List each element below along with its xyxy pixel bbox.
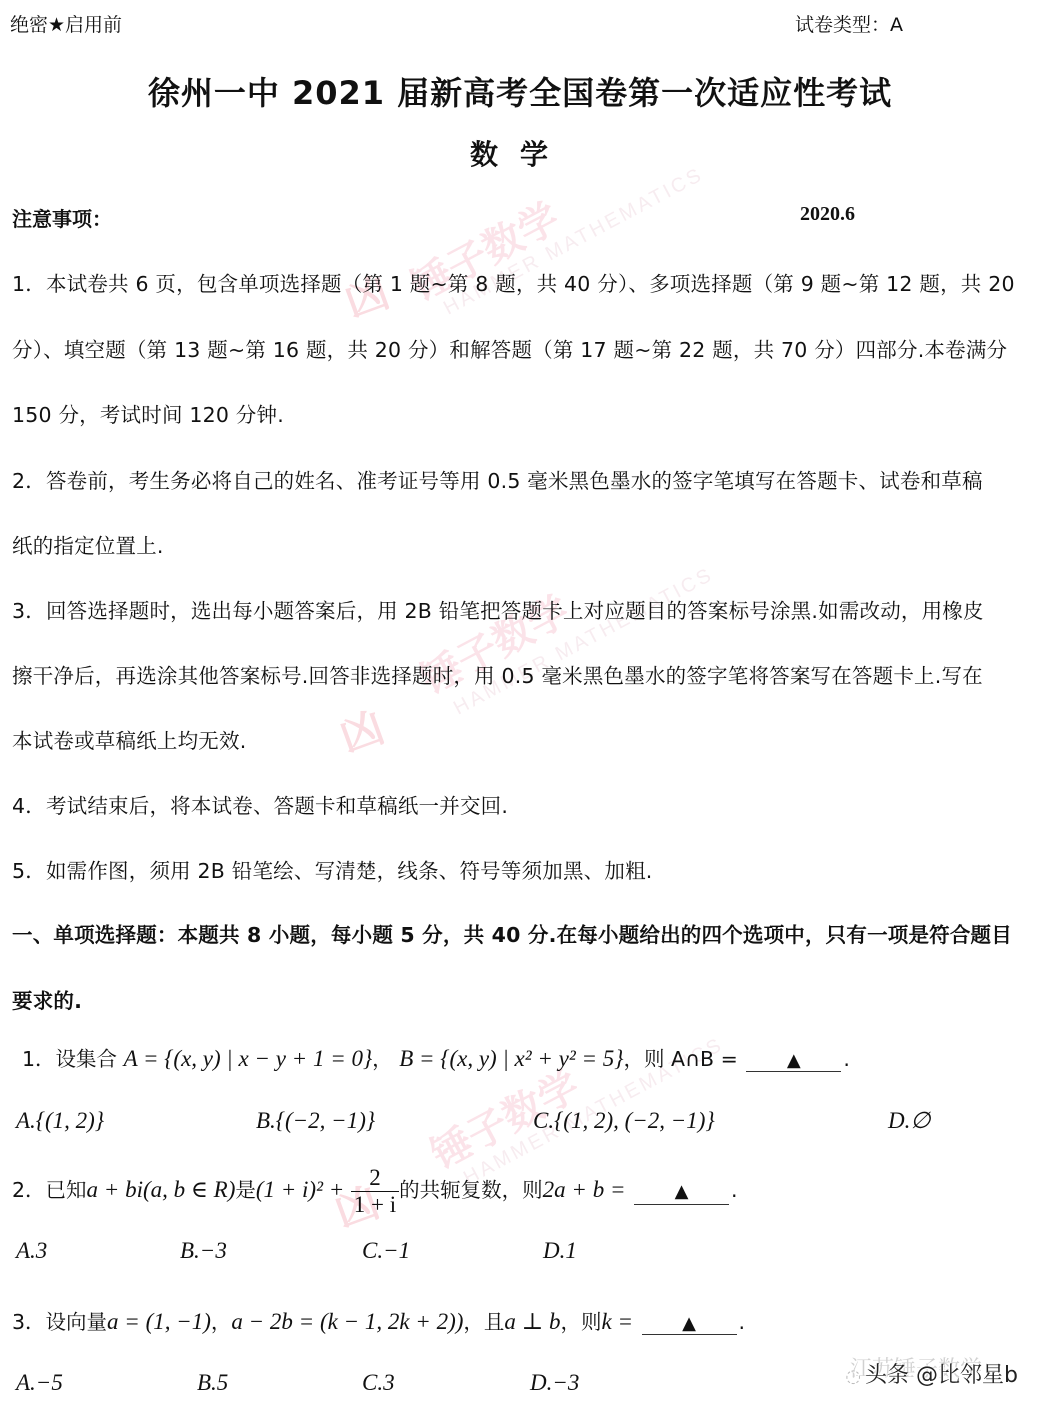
confidential-label: 绝密★启用前 [10,10,122,37]
notice-line-7: 擦干净后，再选涂其他答案标号.回答非选择题时，用 0.5 毫米黑色墨水的签字笔将… [12,659,983,689]
notice-heading: 注意事项： [12,203,112,232]
footer-attribution-text: 头条 @比邻星b [865,1363,1018,1388]
wechat-icon: ◌ [845,1366,861,1387]
question-1-option-a[interactable]: A.{(1, 2)} [16,1108,104,1134]
question-1-option-c[interactable]: C.{(1, 2), (−2, −1)} [533,1108,715,1134]
question-2-mid: 是 [235,1178,256,1202]
question-1-end: . [843,1047,850,1071]
question-1-set-b: B = {(x, y) | x² + y² = 5} [399,1046,623,1071]
question-3-option-c[interactable]: C.3 [362,1370,395,1396]
question-2-expr-target: 2a + b = [543,1177,626,1202]
question-3-prefix: 设向量 [46,1310,108,1334]
question-2-suffix: 的共轭复数，则 [399,1178,543,1202]
notice-line-10: 5．如需作图，须用 2B 铅笔绘、写清楚，线条、符号等须加黑、加粗. [12,854,653,884]
question-2-fraction: 21 + i [351,1165,399,1217]
question-2-option-c[interactable]: C.−1 [362,1238,410,1264]
question-1-suffix: ，则 A∩B = [623,1047,737,1071]
question-3: 3．设向量a = (1, −1)，a − 2b = (k − 1, 2k + 2… [12,1305,745,1335]
exam-title: 徐州一中 2021 届新高考全国卷第一次适应性考试 [0,68,1040,114]
question-2-option-a[interactable]: A.3 [16,1238,47,1264]
question-1-prefix: 设集合 [56,1047,118,1071]
notice-line-2: 分）、填空题（第 13 题~第 16 题，共 20 分）和解答题（第 17 题~… [12,333,1007,363]
question-1-option-d[interactable]: D.∅ [888,1108,930,1134]
question-1-sep: ， [372,1047,393,1071]
section-heading-line-2: 要求的. [12,984,82,1014]
notice-line-3: 150 分，考试时间 120 分钟. [12,398,284,428]
notice-line-8: 本试卷或草稿纸上均无效. [12,724,246,754]
paper-type-label: 试卷类型：A [795,10,903,37]
question-3-sep: ， [211,1310,232,1334]
exam-date: 2020.6 [800,203,855,226]
footer-attribution: ◌头条 @比邻星b [845,1358,1018,1389]
question-3-vector-diff: a − 2b = (k − 1, 2k + 2)) [231,1309,463,1334]
question-2: 2．已知a + bi(a, b ∈ R)是(1 + i)² + 21 + i的共… [12,1164,738,1217]
question-3-end: . [739,1310,746,1334]
question-2-expr-complex: a + bi(a, b ∈ R) [87,1177,236,1202]
fraction-numerator: 2 [351,1165,399,1191]
notice-line-5: 纸的指定位置上. [12,529,164,559]
question-3-mid: ，且 [463,1310,504,1334]
question-3-suffix: ，则 [561,1310,602,1334]
question-3-vector-a: a = (1, −1) [107,1309,211,1334]
question-2-answer-blank[interactable]: ▲ [634,1180,729,1205]
question-1: 1．设集合 A = {(x, y) | x − y + 1 = 0}， B = … [22,1042,850,1072]
question-3-perpendicular: a ⊥ b [504,1309,560,1334]
question-2-option-d[interactable]: D.1 [543,1238,577,1264]
notice-line-9: 4．考试结束后，将本试卷、答题卡和草稿纸一并交回. [12,789,508,819]
question-1-option-b[interactable]: B.{(−2, −1)} [256,1108,375,1134]
fraction-denominator: 1 + i [351,1192,399,1217]
notice-line-6: 3．回答选择题时，选出每小题答案后，用 2B 铅笔把答题卡上对应题目的答案标号涂… [12,594,984,624]
subject-title: 数学 [0,133,1040,173]
question-2-expr-square: (1 + i)² + [256,1177,344,1202]
watermark-logo-2: 凶 [331,695,391,766]
question-1-number: 1． [22,1047,56,1071]
question-2-end: . [731,1178,738,1202]
question-3-answer-blank[interactable]: ▲ [642,1313,737,1335]
question-3-expr-k: k = [602,1309,633,1334]
question-1-answer-blank[interactable]: ▲ [746,1050,841,1072]
question-2-prefix: 已知 [46,1178,87,1202]
question-1-set-a: A = {(x, y) | x − y + 1 = 0} [124,1046,373,1071]
question-3-number: 3． [12,1310,46,1334]
question-2-option-b[interactable]: B.−3 [180,1238,227,1264]
question-3-option-d[interactable]: D.−3 [530,1370,579,1396]
notice-line-1: 1．本试卷共 6 页，包含单项选择题（第 1 题~第 8 题，共 40 分）、多… [12,267,1032,297]
question-3-option-a[interactable]: A.−5 [16,1370,63,1396]
question-3-option-b[interactable]: B.5 [197,1370,228,1396]
question-2-number: 2． [12,1178,46,1202]
notice-line-4: 2．答卷前，考生务必将自己的姓名、准考证号等用 0.5 毫米黑色墨水的签字笔填写… [12,464,983,494]
section-heading-line-1: 一、单项选择题：本题共 8 小题，每小题 5 分，共 40 分.在每小题给出的四… [12,918,1012,948]
